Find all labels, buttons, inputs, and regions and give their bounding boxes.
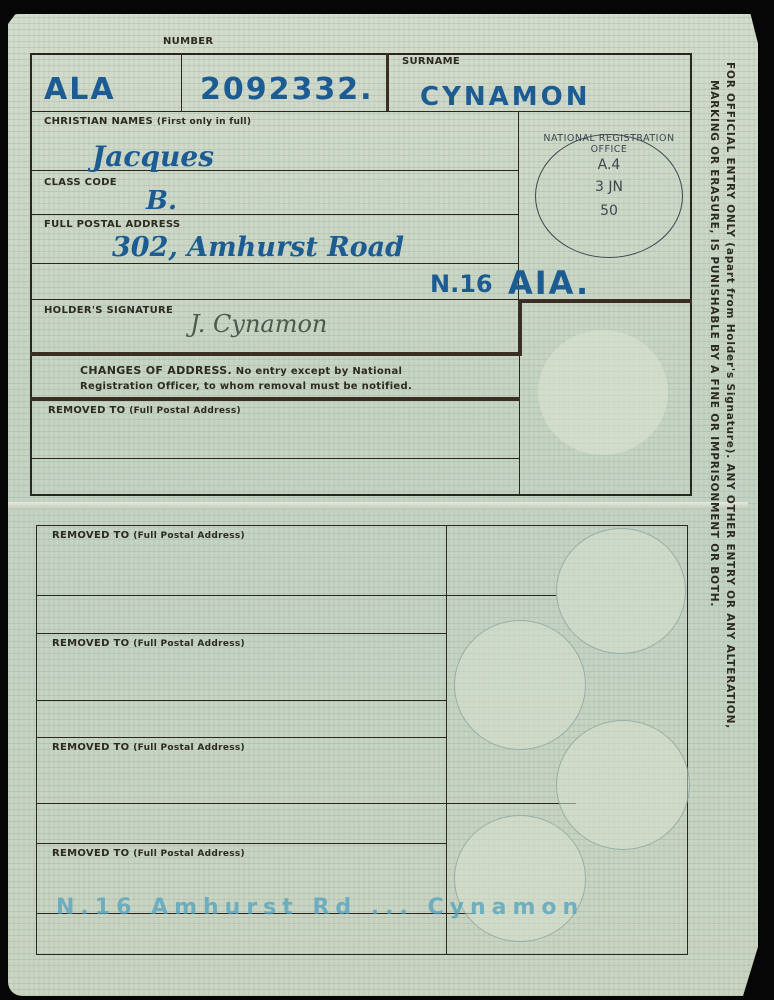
divider-surname [386,53,389,111]
embossed-circle-2 [454,620,586,750]
christian-names-label-text: CHRISTIAN NAMES [44,116,153,127]
postal-address-line2: N.16 [430,270,493,298]
bottom-frame-top [36,525,688,526]
frame-top [30,53,692,55]
christian-names-label: CHRISTIAN NAMES (First only in full) [44,116,251,127]
removed-to-text: REMOVED TO [48,405,125,416]
side-notice-line2: MARKING OR ERASURE, IS PUNISHABLE BY A F… [708,80,720,607]
frame-bottom [30,494,692,496]
removed-to-label-2: REMOVED TO (Full Postal Address) [52,530,245,541]
signature-label: HOLDER'S SIGNATURE [44,305,173,316]
number-prefix: ALA [44,72,116,107]
row-line-3 [30,214,519,215]
photo-box-left-thin [519,355,520,495]
removed-to-label-3: REMOVED TO (Full Postal Address) [52,638,245,649]
row-line-8 [30,458,520,459]
postal-address-label: FULL POSTAL ADDRESS [44,219,180,230]
postal-address-code: AIA. [508,264,590,302]
side-notice-line1: FOR OFFICIAL ENTRY ONLY (apart from Hold… [724,62,736,729]
photo-box-left [518,299,522,355]
embossed-seal-area [538,330,668,455]
row-line-7 [30,397,520,401]
registration-office-stamp: NATIONAL REGISTRATION OFFICE A.4 3 JN 50 [535,134,683,258]
removed-to-label-5: REMOVED TO (Full Postal Address) [52,848,245,859]
changes-notice-line1: No entry except by National [236,366,402,377]
stamp-date: 3 JN [536,179,682,195]
christian-names-hint: (First only in full) [157,117,251,127]
stamp-year: 50 [536,203,682,219]
postal-address-line1: 302, Amhurst Road [112,232,404,263]
bottom-column-divider [446,525,447,955]
frame-right [690,53,692,495]
stamp-day: 3 [595,179,604,195]
frame-left [30,53,32,495]
card-fold [8,502,748,510]
removed-to-label-1: REMOVED TO (Full Postal Address) [48,405,241,416]
removed-to-hint: (Full Postal Address) [133,639,245,649]
embossed-circle-4 [454,815,586,942]
changes-heading: CHANGES OF ADDRESS. [80,364,232,377]
changes-notice: CHANGES OF ADDRESS. No entry except by N… [80,363,500,394]
removed-to-hint: (Full Postal Address) [133,849,245,859]
removed-to-text: REMOVED TO [52,530,129,541]
bottom-row-2 [36,633,447,634]
row-line-4 [30,263,519,264]
bottom-row-4 [36,737,447,738]
row-line-1 [30,111,692,112]
bottom-row-5 [36,803,576,804]
class-code-label: CLASS CODE [44,177,117,188]
signature-value: J. Cynamon [190,310,327,338]
stamp-office-code: A.4 [536,157,682,173]
removed-to-text: REMOVED TO [52,638,129,649]
bottom-row-3 [36,700,447,701]
bottom-frame-bottom [36,954,688,955]
surname-label: SURNAME [402,56,460,67]
embossed-circle-1 [556,528,686,654]
class-code-value: B. [146,186,177,216]
faded-address-entry: N.16 Amhurst Rd ... Cynamon [56,895,584,920]
removed-to-label-4: REMOVED TO (Full Postal Address) [52,742,245,753]
bottom-frame-right [687,525,688,955]
removed-to-hint: (Full Postal Address) [133,531,245,541]
removed-to-text: REMOVED TO [52,742,129,753]
number-value: 2092332. [200,72,374,107]
surname-value: CYNAMON [420,82,591,112]
bottom-row-6 [36,843,447,844]
changes-notice-line2: Registration Officer, to whom removal mu… [80,381,412,392]
christian-names-value: Jacques [92,140,214,173]
removed-to-hint: (Full Postal Address) [129,406,241,416]
removed-to-text: REMOVED TO [52,848,129,859]
number-label: NUMBER [163,36,213,47]
divider-number [181,53,182,111]
stamp-month: JN [608,179,623,195]
row-line-6 [30,352,522,356]
stamp-ring-text: NATIONAL REGISTRATION OFFICE [536,133,682,155]
removed-to-hint: (Full Postal Address) [133,743,245,753]
bottom-row-1 [36,595,556,596]
embossed-circle-3 [556,720,690,850]
row-line-5 [30,299,519,300]
bottom-frame-left [36,525,37,955]
